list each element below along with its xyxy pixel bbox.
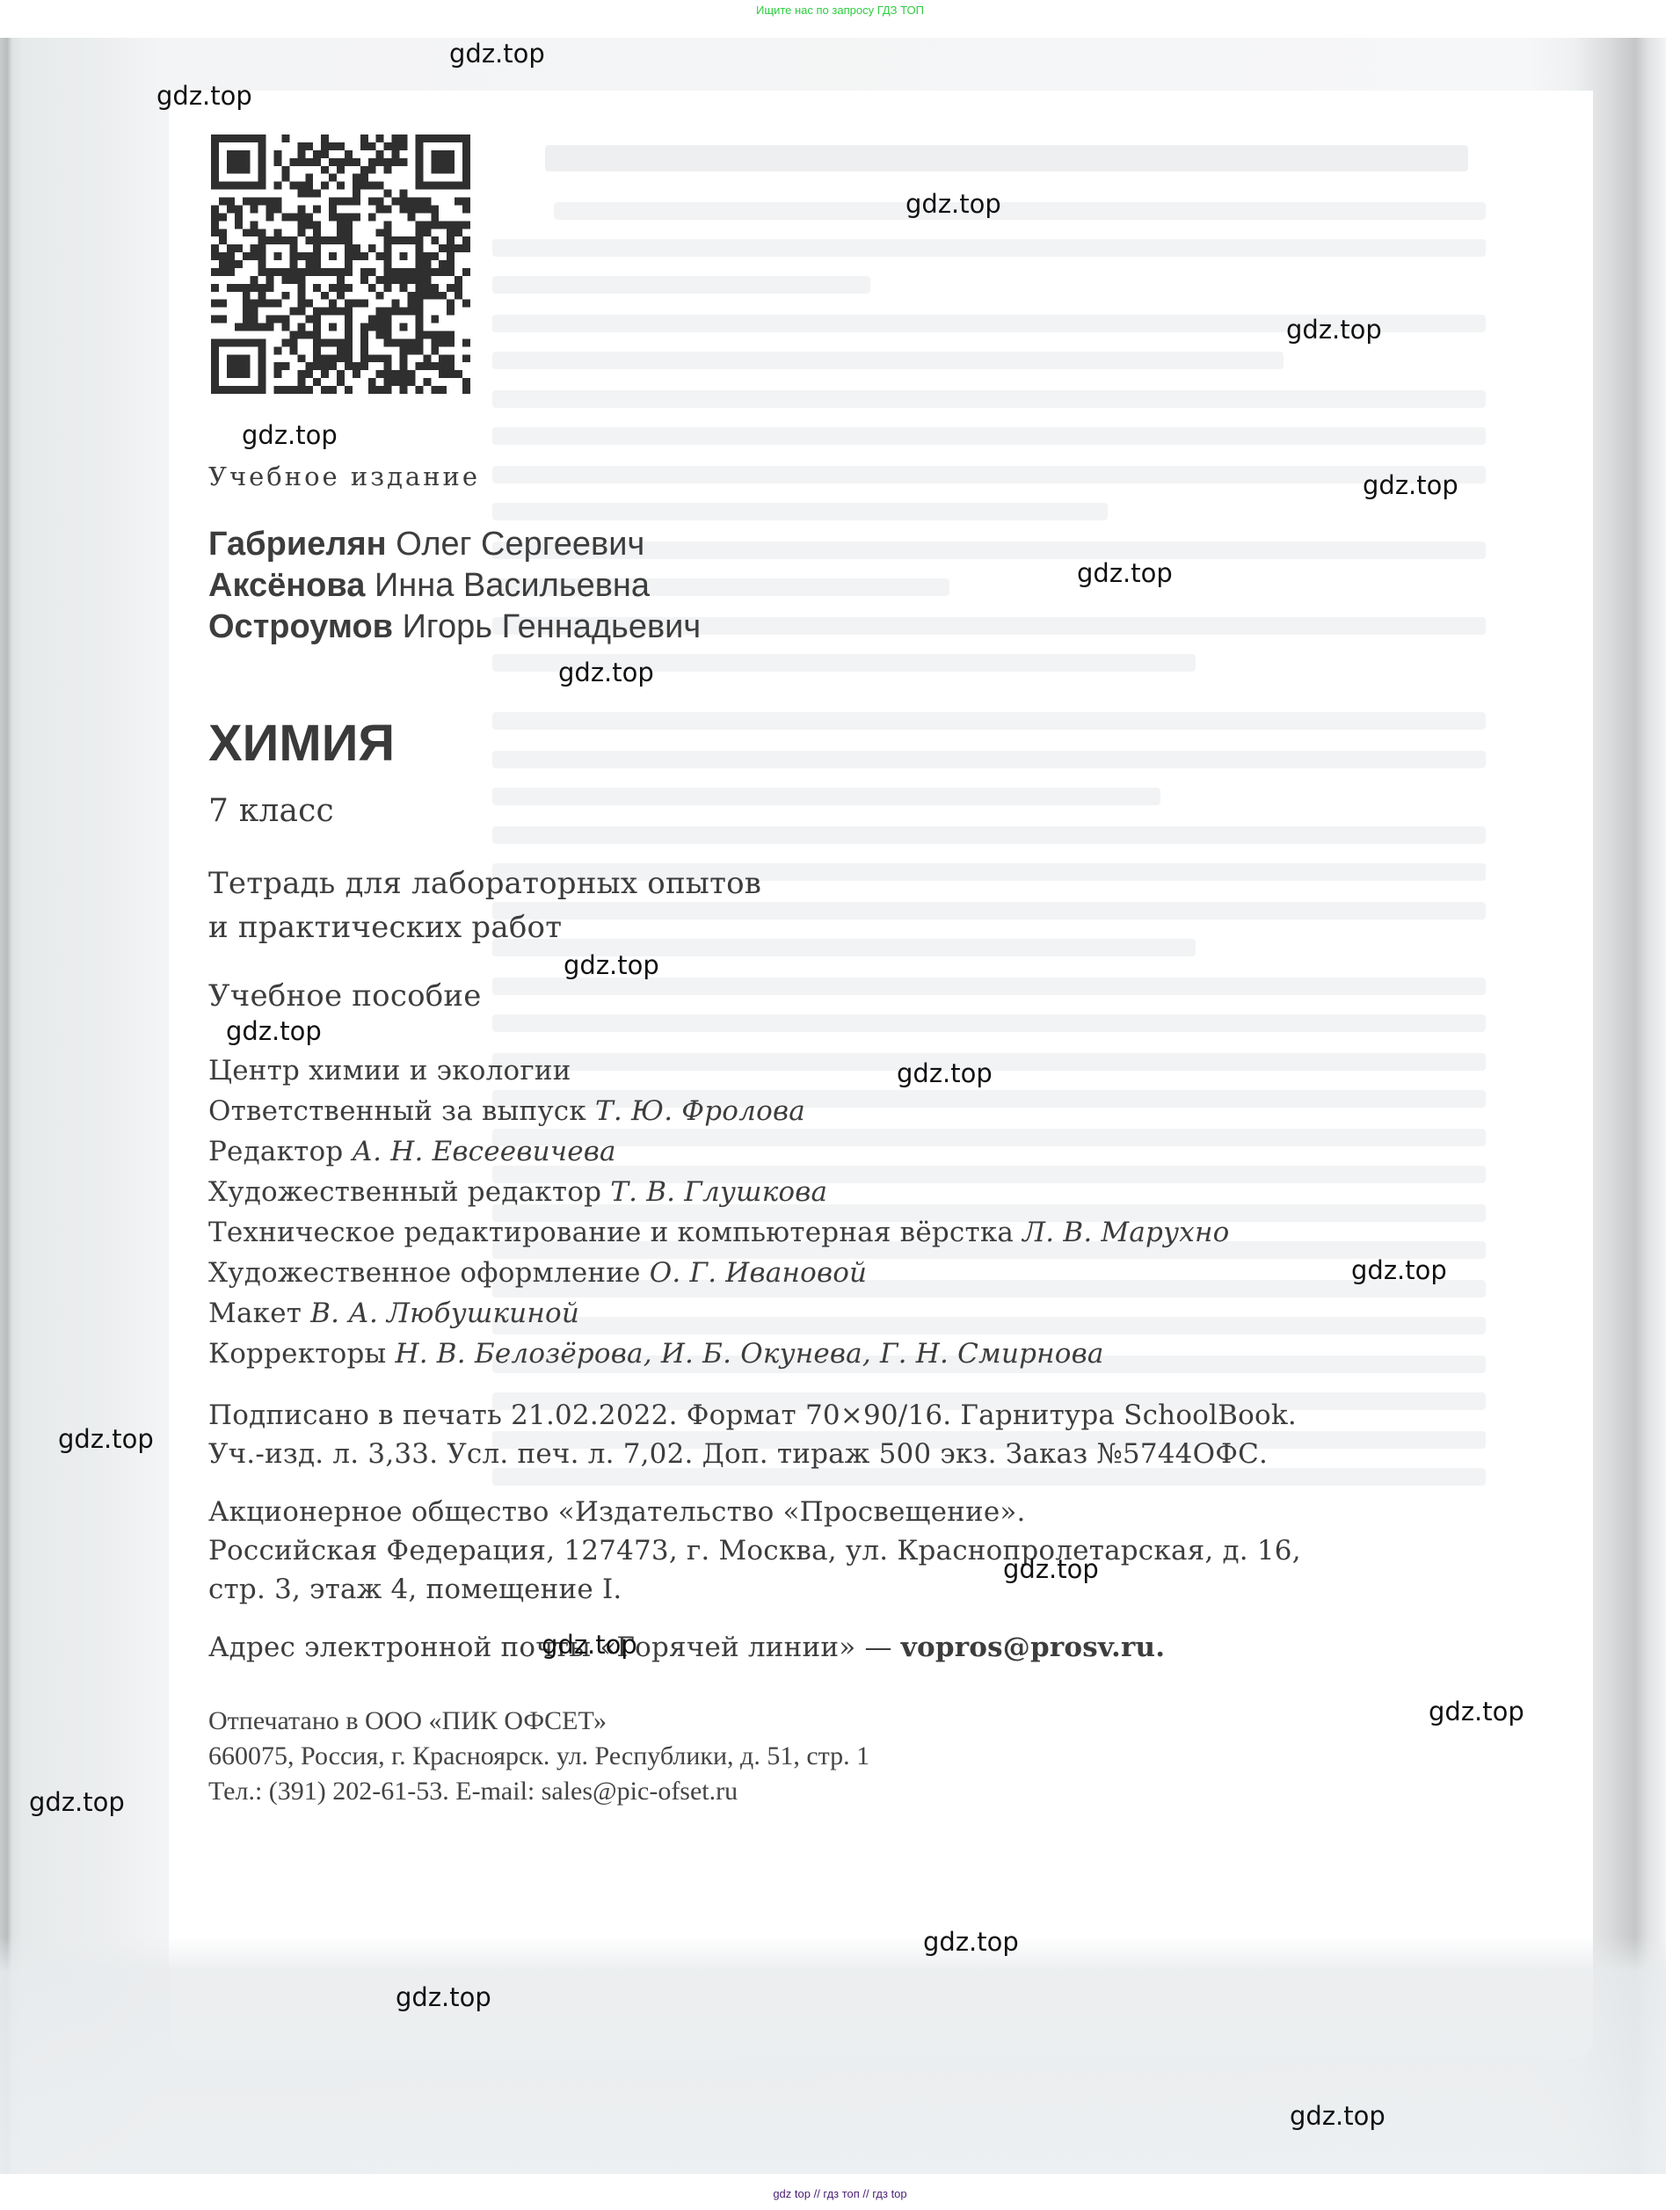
credit-line: Художественное оформление О. Г. Ивановой [208, 1257, 867, 1289]
watermark: gdz.top [558, 658, 654, 687]
publisher-line-3: стр. 3, этаж 4, помещение I. [208, 1574, 622, 1605]
watermark: gdz.top [905, 189, 1001, 219]
watermark: gdz.top [542, 1630, 637, 1660]
qr-code-icon [211, 134, 470, 394]
watermark: gdz.top [923, 1927, 1019, 1957]
hotline-email-link[interactable]: vopros@prosv.ru. [901, 1632, 1166, 1663]
credit-name: Т. В. Глушкова [610, 1176, 827, 1208]
watermark: gdz.top [58, 1424, 154, 1454]
author-given-name: Игорь Геннадьевич [403, 608, 702, 645]
author-given-name: Олег Сергеевич [396, 526, 644, 563]
publisher-line-2: Российская Федерация, 127473, г. Москва,… [208, 1535, 1301, 1567]
watermark: gdz.top [1363, 470, 1458, 500]
watermark: gdz.top [1290, 2101, 1385, 2131]
credit-role: Техническое редактирование и компьютерна… [208, 1217, 1014, 1248]
subtitle-line-1: Тетрадь для лабораторных опытов [208, 863, 761, 905]
watermark: gdz.top [1286, 315, 1382, 345]
author-given-name: Инна Васильевна [375, 567, 650, 604]
watermark: gdz.top [1077, 558, 1173, 588]
bottom-banner[interactable]: gdz top // гдз топ // гдз top [0, 2187, 1680, 2200]
credit-line: Художественный редактор Т. В. Глушкова [208, 1176, 827, 1208]
credit-name: О. Г. Ивановой [650, 1257, 867, 1289]
watermark: gdz.top [1351, 1255, 1447, 1285]
credit-role: Корректоры [208, 1338, 386, 1370]
credit-name: Л. В. Марухно [1022, 1217, 1229, 1248]
book-kind: Учебное пособие [208, 976, 482, 1017]
publisher-line-1: Акционерное общество «Издательство «Прос… [208, 1496, 1026, 1528]
credit-name: Н. В. Белозёрова, И. Б. Окунева, Г. Н. С… [395, 1338, 1103, 1370]
credit-line: Редактор А. Н. Евсеевичева [208, 1136, 616, 1167]
credit-line: Ответственный за выпуск Т. Ю. Фролова [208, 1095, 805, 1127]
publishing-center: Центр химии и экологии [208, 1055, 571, 1087]
author-surname: Остроумов [208, 608, 393, 645]
printer-line-3: Тел.: (391) 202-61-53. E-mail: sales@pic… [208, 1777, 738, 1807]
author-1: Габриелян Олег Сергеевич [208, 526, 644, 563]
author-surname: Аксёнова [208, 567, 365, 604]
credit-name: В. А. Любушкиной [310, 1298, 579, 1329]
watermark: gdz.top [242, 420, 338, 450]
edition-type: Учебное издание [208, 462, 480, 491]
credit-role: Художественное оформление [208, 1257, 641, 1289]
credit-name: А. Н. Евсеевичева [352, 1136, 615, 1167]
credit-role: Редактор [208, 1136, 343, 1167]
watermark: gdz.top [1429, 1697, 1524, 1727]
watermark: gdz.top [226, 1016, 322, 1046]
grade-label: 7 класс [208, 793, 334, 829]
credit-line: Корректоры Н. В. Белозёрова, И. Б. Окуне… [208, 1338, 1104, 1370]
hotline-line: Адрес электронной почты «Горячей линии» … [208, 1632, 1165, 1663]
credit-role: Макет [208, 1298, 302, 1329]
print-info-line-1: Подписано в печать 21.02.2022. Формат 70… [208, 1399, 1297, 1431]
printer-line-1: Отпечатано в ООО «ПИК ОФСЕТ» [208, 1706, 607, 1736]
author-2: Аксёнова Инна Васильевна [208, 567, 650, 605]
author-3: Остроумов Игорь Геннадьевич [208, 608, 701, 646]
author-surname: Габриелян [208, 526, 387, 563]
credit-name: Т. Ю. Фролова [595, 1095, 805, 1127]
top-banner[interactable]: Ищите нас по запросу ГДЗ ТОП [0, 4, 1680, 17]
printer-line-2: 660075, Россия, г. Красноярск. ул. Респу… [208, 1741, 869, 1771]
credit-line: Макет В. А. Любушкиной [208, 1298, 579, 1329]
watermark: gdz.top [449, 39, 545, 69]
watermark: gdz.top [897, 1058, 993, 1088]
watermark: gdz.top [396, 1982, 491, 2012]
watermark: gdz.top [564, 950, 659, 980]
book-title: ХИМИЯ [208, 714, 395, 773]
credit-role: Художественный редактор [208, 1176, 601, 1208]
watermark: gdz.top [156, 81, 252, 111]
watermark: gdz.top [29, 1787, 125, 1817]
credit-role: Ответственный за выпуск [208, 1095, 586, 1127]
credit-line: Техническое редактирование и компьютерна… [208, 1217, 1229, 1248]
watermark: gdz.top [1003, 1554, 1099, 1584]
print-info-line-2: Уч.-изд. л. 3,33. Усл. печ. л. 7,02. Доп… [208, 1438, 1268, 1470]
subtitle-line-2: и практических работ [208, 907, 562, 949]
